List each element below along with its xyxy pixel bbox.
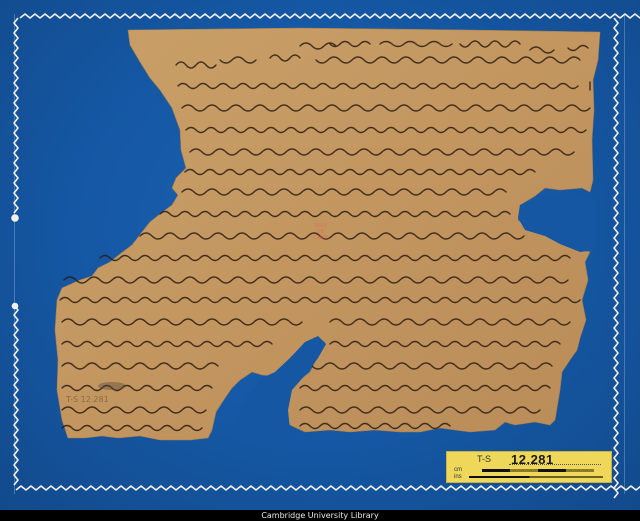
stitched-thread-border (0, 0, 640, 510)
blue-mount-background: UNIV. LIB. CAMB. T-S 12.281 T-S 12.281 c… (0, 0, 640, 510)
stamp-line: CAMB. (313, 235, 329, 241)
credit-footer: Cambridge University Library (0, 510, 640, 521)
scale-bar-ins (469, 476, 603, 478)
shelfmark-label: T-S 12.281 cm ins (446, 451, 612, 483)
library-stamp: UNIV. LIB. CAMB. (313, 223, 329, 241)
scale-cm-label: cm (454, 467, 462, 473)
dotted-line (509, 464, 601, 465)
scale-bar-cm (482, 469, 594, 472)
scale-ins-label: ins (454, 474, 462, 480)
collection-prefix: T-S (477, 454, 491, 464)
pencil-shelfmark: T-S 12.281 (66, 395, 109, 404)
